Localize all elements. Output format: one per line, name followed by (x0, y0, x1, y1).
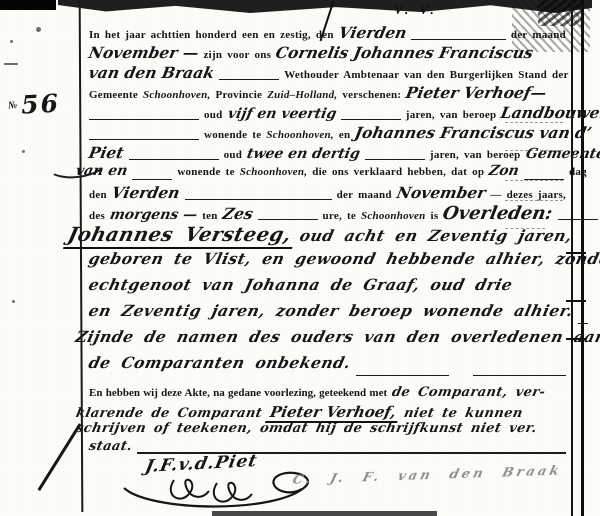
numero-sign: № (8, 100, 18, 111)
printed-text: wonende te (204, 129, 261, 141)
handwritten-declarant-name: Piet (87, 143, 125, 162)
document-scan: V. V. № 56 In het jaar achttien honderd … (0, 0, 600, 516)
blank-line (341, 119, 401, 120)
form-line-9: den Vierden der maand November — dezes j… (89, 183, 566, 203)
handwritten-text: Zijnde de namen des ouders van den overl… (74, 327, 600, 346)
printed-text: verschenen: (342, 89, 401, 101)
blank-line (129, 159, 219, 160)
handwritten-occupation: Gemeentebode (524, 146, 600, 162)
form-line-7: Piet oud twee en dertig jaren, van beroe… (89, 143, 566, 163)
handwritten-official-name: van den Braak (87, 63, 216, 82)
blank-line (356, 375, 449, 376)
form-line-19: schrijven of teekenen, omdat hij de schr… (76, 421, 566, 439)
blank-line (185, 199, 332, 200)
record-number: № 56 (7, 89, 60, 121)
form-line-4: Gemeente Schoonhoven, Provincie Zuid–Hol… (89, 83, 566, 103)
blank-line (89, 119, 199, 120)
printed-text: jaren, van beroep (406, 109, 497, 121)
signature-area: J.F.v.d.Piet C. J. F. van den Braak (88, 452, 566, 512)
form-line-1: In het jaar achttien honderd een en zest… (89, 23, 566, 43)
form-line-17: En hebben wij deze Akte, na gedane voorl… (89, 385, 566, 403)
form-line-10: des morgens — ten Zes ure, te Schoonhove… (89, 203, 566, 223)
scan-speck (10, 40, 13, 43)
handwritten-declarant-name: Pieter Verhoef— (404, 83, 548, 102)
blank-line (365, 159, 425, 160)
form-line-8: van en wonende te Schoonhoven, die ons v… (76, 163, 566, 183)
handwritten-text: geboren te Vlist, en gewoond hebbende al… (87, 249, 600, 268)
printed-text: die ons verklaard hebben, dat op (312, 166, 484, 178)
handwritten-text: klarende de Comparant (75, 406, 264, 421)
printed-text: der maand (337, 189, 392, 201)
printed-text: ten (202, 210, 217, 222)
form-line-14: en Zeventig jaren, zonder beroep wonende… (89, 301, 566, 327)
handwritten-text: de Comparant, ver- (391, 385, 547, 400)
printed-text: is (431, 210, 439, 222)
printed-place: Schoonhoven, (240, 166, 308, 178)
handwritten-official-name: Cornelis Johannes Franciscus (274, 43, 535, 62)
top-left-ink-block (0, 0, 56, 10)
form-line-13: echtgenoot van Johanna de Graaf, oud dri… (89, 275, 566, 301)
printed-text: dag (569, 166, 587, 178)
printed-text: oud (204, 109, 223, 121)
handwritten-weekday: Zon (488, 163, 521, 179)
printed-text: jaren, van beroep (430, 149, 521, 161)
blank-line (89, 139, 199, 140)
printed-text: Provincie (216, 89, 263, 101)
printed-text: Wethouder Ambtenaar van den Burgerlijken… (284, 69, 568, 81)
form-line-18: klarende de Comparant Pieter Verhoef, ni… (76, 403, 566, 421)
printed-province: Zuid–Holland, (267, 89, 337, 101)
handwritten-age: vijf en veertig (226, 106, 337, 122)
scan-speck (12, 300, 15, 303)
signature-left: J.F.v.d.Piet (146, 454, 257, 474)
blank-line (258, 219, 318, 220)
scan-speck (22, 150, 25, 153)
printed-text: ure, te (323, 210, 356, 222)
handwritten-month: November — (87, 43, 200, 62)
form-line-12: geboren te Vlist, en gewoond hebbende al… (89, 249, 566, 275)
act-body: In het jaar achttien honderd een en zest… (89, 23, 566, 457)
printed-text: den (89, 189, 107, 201)
form-line-15: Zijnde de namen des ouders van den overl… (76, 327, 566, 353)
handwritten-text: niet te kunnen (402, 406, 524, 421)
printed-place: Schoonhoven, (266, 129, 334, 141)
scan-speck (36, 27, 41, 32)
handwritten-occupation: Landbouwer (500, 103, 600, 122)
closing-paragraph: En hebben wij deze Akte, na gedane voorl… (89, 385, 566, 457)
handwritten-text: oud acht en Zeventig jaren, (298, 226, 575, 245)
handwritten-text: schrijven of teekenen, omdat hij de schr… (75, 421, 539, 436)
printed-place: Schoonhoven (361, 210, 426, 222)
deceased-details: Johannes Versteeg, oud acht en Zeventig … (89, 223, 566, 379)
handwritten-daypart: morgens — (108, 207, 198, 223)
handwritten-text: de Comparanten onbekend. (87, 353, 353, 372)
printed-text: en (339, 129, 351, 141)
blank-line (132, 179, 172, 180)
form-line-16: de Comparanten onbekend. (89, 353, 566, 379)
scan-speck (4, 63, 18, 65)
form-line-6: wonende te Schoonhoven, en Johannes Fran… (89, 123, 566, 143)
declarant-name-underlined: Pieter Verhoef, (265, 403, 401, 423)
handwritten-text: en Zeventig jaren, zonder beroep wonende… (87, 301, 575, 320)
printed-text: des (89, 210, 105, 222)
handwritten-text: echtgenoot van Johanna de Graaf, oud dri… (87, 275, 515, 294)
form-line-11: Johannes Versteeg, oud acht en Zeventig … (66, 223, 566, 249)
blank-line (558, 219, 598, 220)
printed-text: zijn voor ons (204, 49, 272, 61)
printed-text: En hebben wij deze Akte, na gedane voorl… (89, 387, 387, 399)
form-line-2: November — zijn voor ons Cornelis Johann… (89, 43, 566, 63)
form-line-3: van den Braak Wethouder Ambtenaar van de… (89, 63, 566, 83)
blank-line (411, 39, 505, 40)
handwritten-month: November (395, 183, 487, 202)
printed-text: — dezes jaars, (490, 189, 566, 201)
blank-line (473, 375, 566, 376)
form-line-5: oud vijf en veertig jaren, van beroep La… (89, 103, 566, 123)
handwritten-overleden: Overleden: (441, 203, 554, 224)
handwritten-hour: Zes (221, 204, 255, 223)
handwritten-day: Vierden (110, 183, 181, 202)
printed-text: der maand (511, 29, 566, 41)
printed-text: In het jaar achttien honderd een en zest… (89, 29, 334, 41)
blank-line (219, 79, 279, 80)
printed-place: Schoonhoven, (143, 89, 211, 101)
signature-right-text: C. J. F. van den Braak (291, 463, 564, 487)
ink-marks: V. V. (394, 2, 438, 18)
printed-text: wonende te (177, 166, 234, 178)
deceased-name: Johannes Versteeg, (63, 223, 298, 249)
blank-line (578, 323, 588, 324)
handwritten-text: van en (74, 163, 128, 179)
handwritten-day: Vierden (337, 23, 408, 42)
printed-text: Gemeente (89, 89, 138, 101)
printed-text: oud (224, 149, 243, 161)
handwritten-age: twee en dertig (246, 146, 362, 162)
handwritten-declarant-name: Johannes Franciscus van d’ (354, 123, 594, 142)
blank-line (524, 179, 564, 180)
